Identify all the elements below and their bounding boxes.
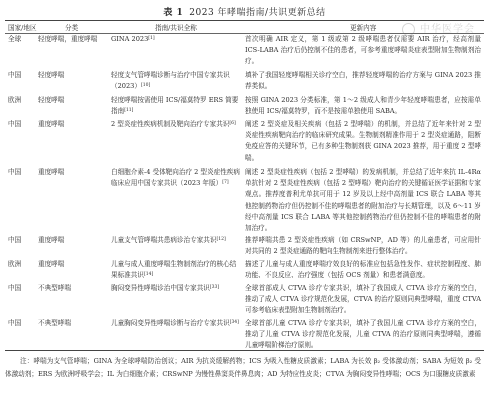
cell-category: 不典型哮喘	[38, 318, 110, 329]
cell-category: 重度哮喘	[38, 119, 110, 130]
cell-guideline: 白细胞介素-4 受体靶向治疗 2 型炎症性疾病临床应用中国专家共识（2023 年…	[111, 167, 241, 189]
cell-category: 轻度哮喘	[38, 70, 110, 81]
citation: [7]	[222, 180, 228, 185]
cell-category: 重度哮喘	[38, 167, 110, 178]
cell-update: 全球首部成人 CTVA 诊疗专家共识，填补了我国成人 CTVA 诊疗方案的空白，…	[245, 283, 481, 317]
cell-guideline: 胸闷变异性哮喘诊治中国专家共识[33]	[111, 283, 241, 294]
header-guideline: 指南/共识全称	[155, 22, 197, 32]
cell-update: 阐述 2 型炎症及相关疾病（包括 2 型哮喘）的机制，并总结了近年来针对 2 型…	[245, 119, 481, 164]
table-title: 表 12023 年哮喘指南/共识更新总结	[0, 5, 489, 18]
citation: [10]	[141, 83, 150, 88]
cell-guideline: 2 型炎症性疾病机制及靶向治疗专家共识[6]	[111, 119, 241, 130]
cell-category: 不典型哮喘	[38, 283, 110, 294]
cell-guideline: 儿童支气管哮喘共患病诊治专家共识[12]	[111, 235, 241, 246]
header-update: 更新内容	[350, 22, 376, 32]
header-region: 国家/地区	[8, 22, 37, 32]
cell-guideline: GINA 2023[1]	[111, 34, 241, 45]
cell-guideline: 轻度哮喘按需使用 ICS/福莫特罗 ERS 简要指南[11]	[111, 95, 241, 117]
citation: [33]	[210, 285, 219, 290]
bottom-rule	[5, 350, 484, 351]
table-number: 表 1	[163, 8, 183, 18]
citation: [34]	[230, 320, 239, 325]
table-title-text: 2023 年哮喘指南/共识更新总结	[189, 8, 325, 18]
cell-guideline: 轻度支气管哮喘诊断与治疗中国专家共识（2023）[10]	[111, 70, 241, 92]
cell-category: 轻度哮喘	[38, 95, 110, 106]
citation: [11]	[124, 108, 133, 113]
cell-update: 阐述 2 型炎症性疾病（包括 2 型哮喘）的发病机制，并总结了近年来抗 IL-4…	[245, 167, 481, 234]
cell-update: 首次明确 AIR 定义，第 1 级或第 2 级哮喘患者仅需要 AIR 治疗，经高…	[245, 34, 481, 68]
header-category: 分类	[65, 22, 78, 32]
cell-category: 重度哮喘	[38, 235, 110, 246]
table-footnote: 注：哮喘为支气管哮喘；GINA 为全球哮喘防治创议；AIR 为抗炎缓解药物；IC…	[5, 355, 481, 381]
citation: [1]	[148, 36, 154, 41]
citation: [12]	[217, 237, 226, 242]
cell-update: 按照 GINA 2023 分类标准，第 1～2 级成人和青少年轻度哮喘患者，应按…	[245, 95, 481, 117]
cell-update: 填补了我国轻度哮喘相关诊疗空白，推荐轻度哮喘的治疗方案与 GINA 2023 推…	[245, 70, 481, 92]
cell-guideline: 儿童与成人重度哮喘生物制剂治疗的核心结果标准共识[14]	[111, 259, 241, 281]
cell-guideline: 儿童胸闷变异性哮喘诊断与治疗专家共识[34]	[111, 318, 241, 329]
cell-update: 推荐哮喘共患 2 型炎症性疾病（如 CRSwNP，AD 等）的儿童患者，可应用针…	[245, 235, 481, 257]
cell-category: 重度哮喘	[38, 259, 110, 270]
cell-update: 描述了儿童与成人重度哮喘疗效良好的标准应包括急性发作、症状控制程度、肺功能、不良…	[245, 259, 481, 281]
cell-update: 全球首部儿童 CTVA 诊疗专家共识，填补了我国儿童 CTVA 诊疗方案的空白，…	[245, 318, 481, 352]
citation: [6]	[229, 121, 235, 126]
cell-category: 轻度哮喘，重度哮喘	[38, 34, 110, 45]
citation: [14]	[144, 272, 153, 277]
